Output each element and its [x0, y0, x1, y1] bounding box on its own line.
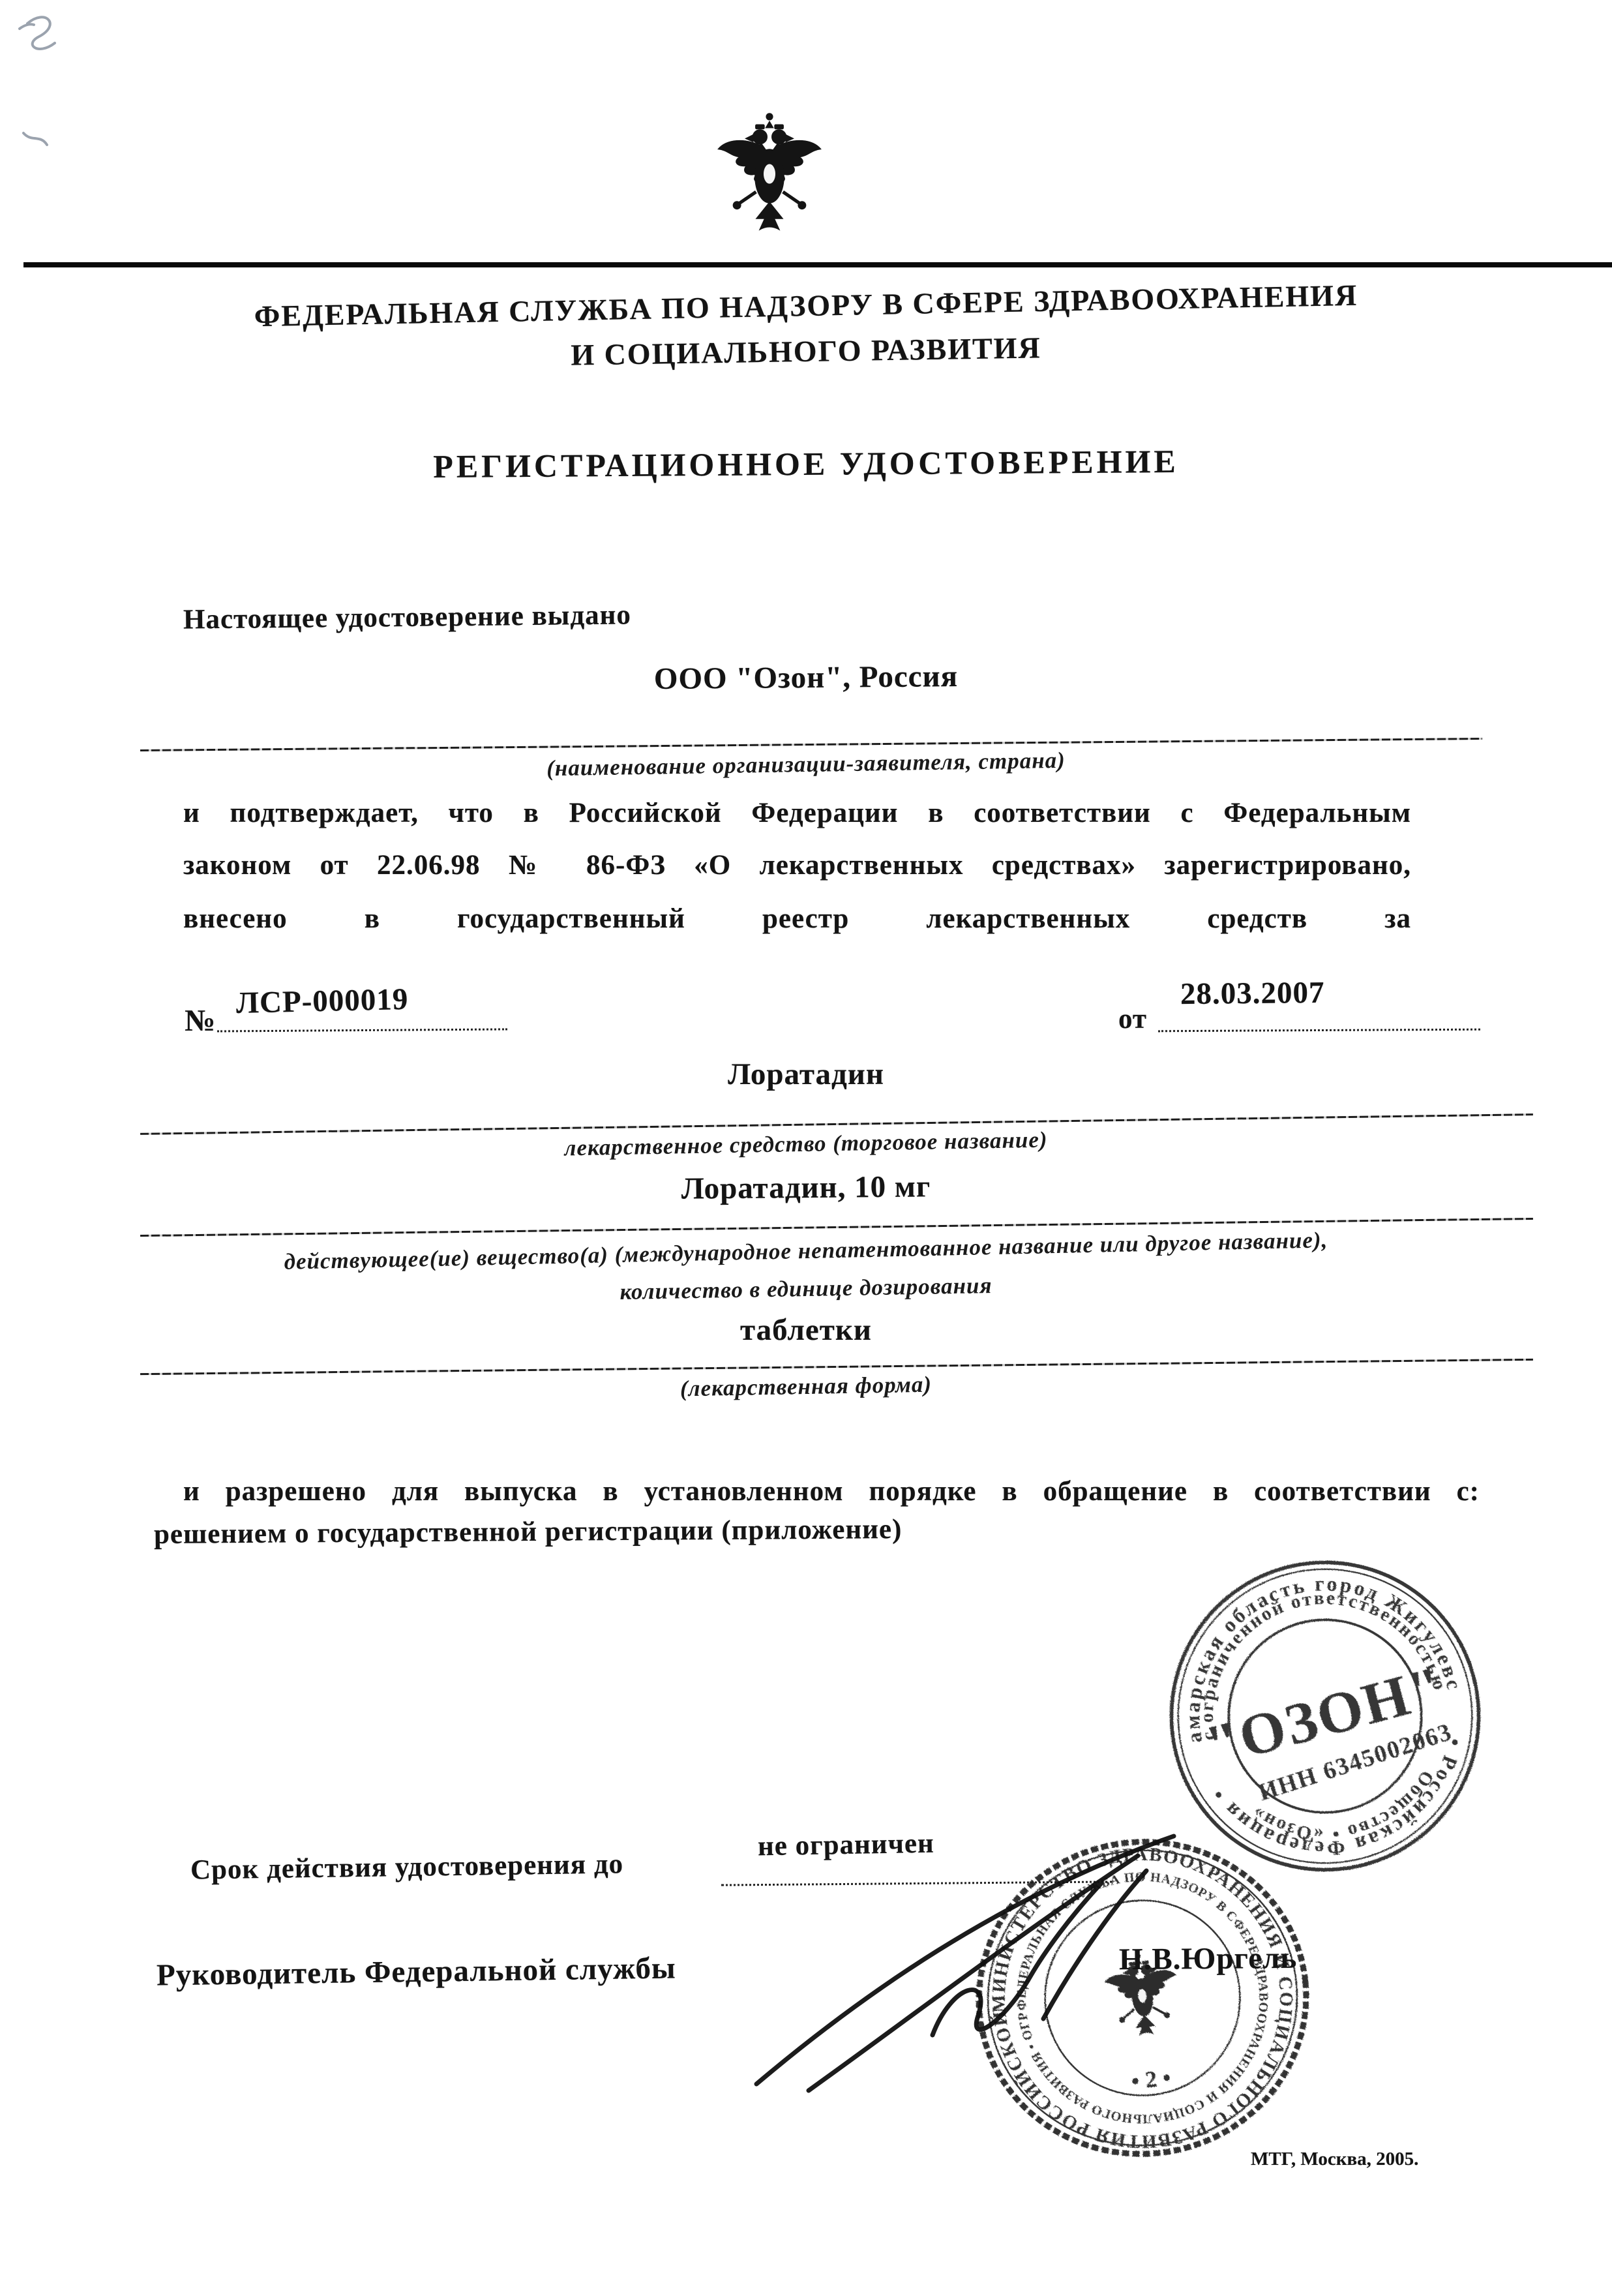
issued-lead-text: Настоящее удостоверение выдано: [183, 599, 631, 635]
signer-title: Руководитель Федеральной службы: [157, 1950, 676, 1993]
signer-name: Н.В.Юргель: [1119, 1941, 1298, 1977]
authorization-line1: и разрешено для выпуска в установленном …: [183, 1475, 1480, 1507]
top-divider: [23, 262, 1612, 267]
reg-number-label: №: [185, 1003, 216, 1038]
trade-name: Лоратадин: [0, 1057, 1612, 1092]
reg-number-value: ЛСР-000019: [235, 982, 408, 1021]
substance-name: Лоратадин, 10 мг: [0, 1163, 1612, 1213]
holder-caption: (наименование организации-заявителя, стр…: [0, 739, 1612, 791]
reg-date-label: от: [1118, 1003, 1147, 1035]
reg-date-value: 28.03.2007: [1180, 975, 1325, 1012]
document-title: РЕГИСТРАЦИОННОЕ УДОСТОВЕРЕНИЕ: [0, 439, 1612, 488]
printer-note: МТГ, Москва, 2005.: [1251, 2149, 1418, 2170]
reg-number-underline: [217, 1028, 507, 1032]
signature-strokes: [717, 1800, 1187, 2107]
statement-line1: и подтверждает, что в Российской Федерац…: [183, 797, 1411, 829]
document-page: ФЕДЕРАЛЬНАЯ СЛУЖБА ПО НАДЗОРУ В СФЕРЕ ЗД…: [0, 0, 1612, 2296]
coat-of-arms-eagle-icon: [713, 103, 826, 241]
holder-name: ООО "Озон", Россия: [0, 653, 1612, 702]
authorization-line2: решением о государственной регистрации (…: [154, 1513, 903, 1550]
validity-label: Срок действия удостоверения до: [190, 1848, 624, 1886]
dosage-form: таблетки: [0, 1312, 1612, 1348]
statement-line3: внесено в государственный реестр лекарст…: [183, 903, 1411, 935]
reg-date-underline: [1158, 1029, 1480, 1033]
pencil-scribble: [5, 5, 110, 175]
statement-line2: законом от 22.06.98 № 86-ФЗ «О лекарстве…: [183, 849, 1411, 881]
